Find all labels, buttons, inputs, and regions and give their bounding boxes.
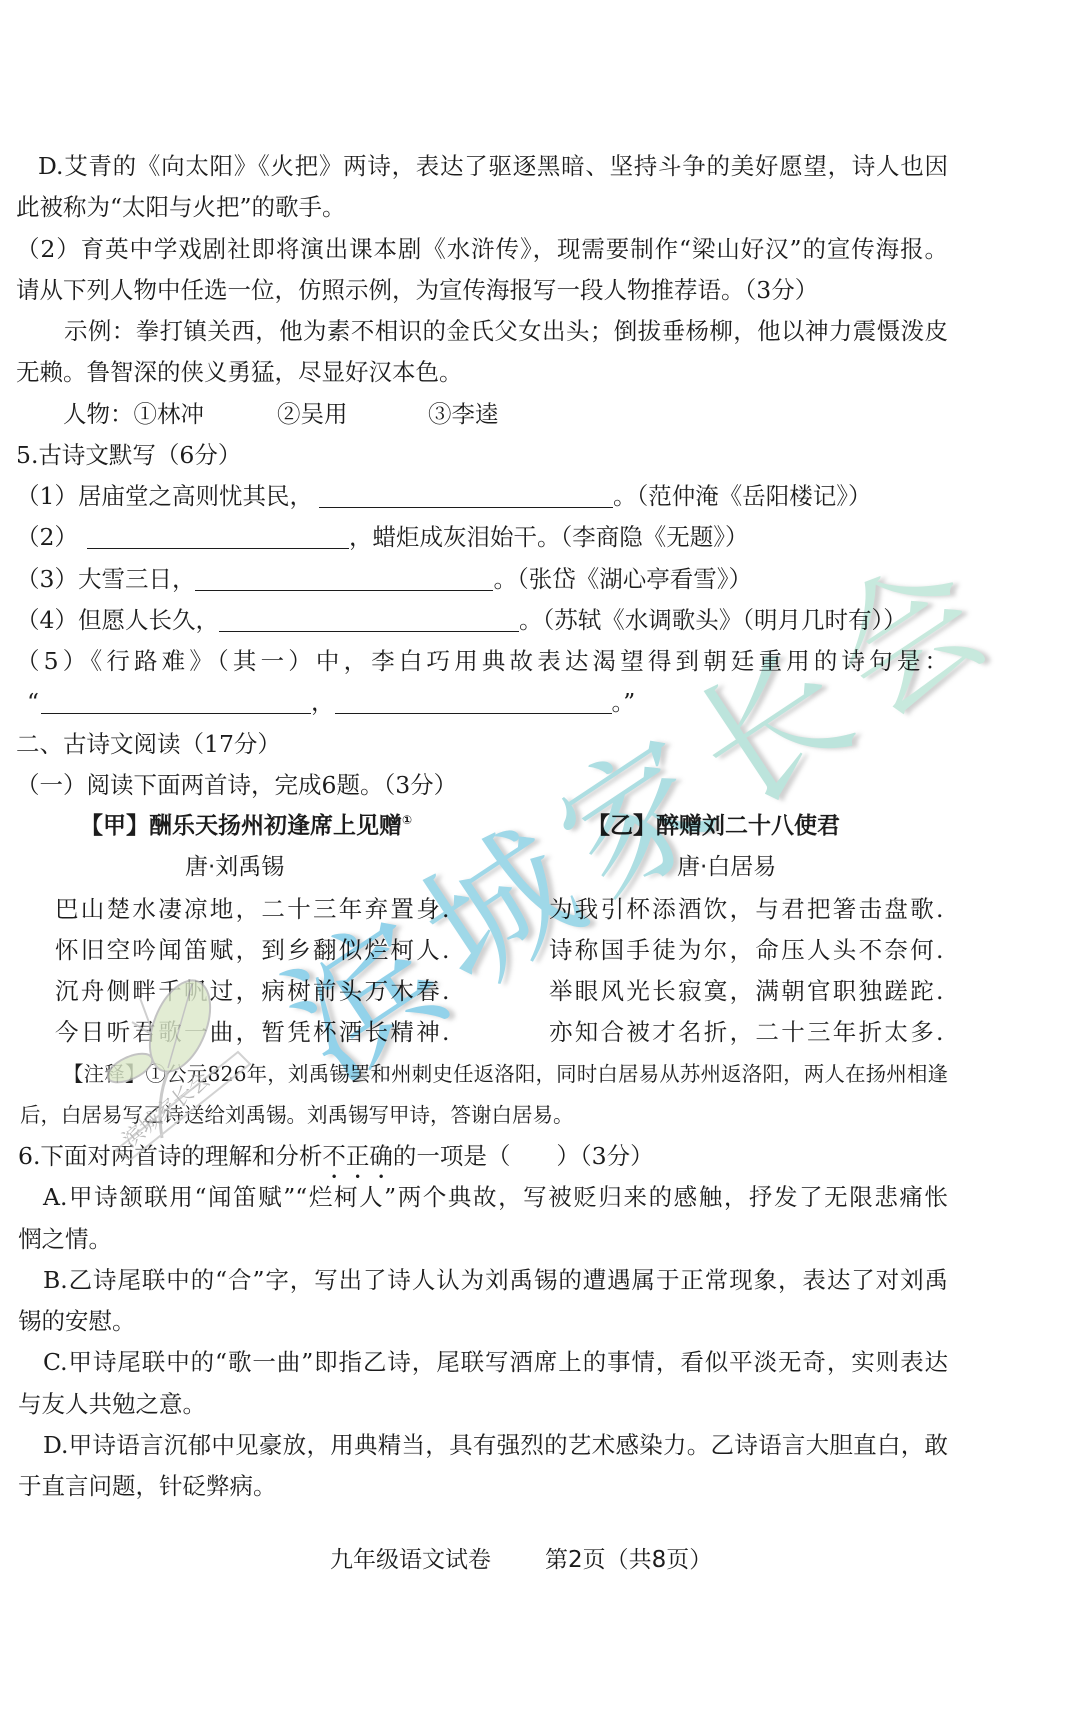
answer-blank	[195, 589, 493, 591]
q6-stem-after: 的一项是	[393, 1142, 487, 1170]
close-quote: ”	[623, 688, 635, 716]
q6-points: （3分）	[580, 1142, 654, 1170]
section2-title: 二、古诗文阅读（17分）	[0, 724, 1080, 765]
q4-characters-row: 人物：①林冲 ②吴用 ③李逵	[0, 394, 1080, 435]
poem-row: 怀旧空吟闻笛赋，到乡翻似烂柯人. 诗称国手徒为尔，命压人头不奈何.	[0, 930, 1080, 971]
answer-blank	[219, 630, 519, 632]
open-quote: “	[27, 688, 39, 716]
q6-option-c-line2: 与友人共勉之意。	[0, 1384, 1080, 1425]
q6-option-b-line2: 锡的安慰。	[0, 1301, 1080, 1342]
q5-item-1-suffix: 。（范仲淹《岳阳楼记》）	[613, 482, 872, 510]
q5-item-5-answer-line: “，。”	[0, 682, 1080, 723]
poem-row: 沉舟侧畔千帆过，病树前头万木春. 举眼风光长寂寞，满朝官职独蹉跎.	[0, 971, 1080, 1012]
poem-jia-line: 沉舟侧畔千帆过，病树前头万木春.	[55, 971, 452, 1012]
poem-jia-author: 唐·刘禹锡	[185, 847, 284, 888]
character-option-2: ②吴用	[277, 394, 348, 435]
poem-jia-title-text: 【甲】酬乐天扬州初逢席上见赠	[80, 813, 402, 839]
q4-part2-line2: 请从下列人物中任选一位，仿照示例，为宣传海报写一段人物推荐语。（3分）	[0, 270, 1080, 311]
q6-option-d-line2: 于直言问题，针砭弊病。	[0, 1466, 1080, 1507]
q4-part2-line1: （2）育英中学戏剧社即将演出课本剧《水浒传》，现需要制作“梁山好汉”的宣传海报。	[0, 229, 1080, 270]
answer-blank	[335, 712, 612, 714]
poem-titles-row: 【甲】酬乐天扬州初逢席上见赠① 【乙】醉赠刘二十八使君	[0, 806, 1080, 847]
q6-stem: 6.下面对两首诗的理解和分析不正确的一项是（）（3分）	[0, 1136, 1080, 1177]
poem-row: 今日听君歌一曲，暂凭杯酒长精神. 亦知合被才名折，二十三年折太多.	[0, 1012, 1080, 1053]
q5-item-1: （1）居庙堂之高则忧其民，。（范仲淹《岳阳楼记》）	[0, 476, 1080, 517]
poem-yi-author: 唐·白居易	[677, 847, 776, 888]
section2-part1-intro: （一）阅读下面两首诗，完成6题。（3分）	[0, 765, 1080, 806]
q6-option-d-line1: D.甲诗语言沉郁中见豪放，用典精当，具有强烈的艺术感染力。乙诗语言大胆直白，敢	[0, 1425, 1080, 1466]
character-option-1: ①林冲	[134, 400, 205, 428]
q5-item-4-suffix: 。（苏轼《水调歌头》（明月几时有））	[519, 606, 907, 634]
q5-item-3: （3）大雪三日，。（张岱《湖心亭看雪》）	[0, 559, 1080, 600]
end-mark: 。	[612, 688, 624, 716]
q4-example-line1: 示例：拳打镇关西，他为素不相识的金氏父女出头；倒拔垂杨柳，他以神力震慑泼皮	[0, 311, 1080, 352]
q4-option-d-line1: D.艾青的《向太阳》《火把》两诗，表达了驱逐黑暗、坚持斗争的美好愿望，诗人也因	[0, 146, 1080, 187]
q5-item-4-prefix: （4）但愿人长久，	[16, 606, 219, 634]
annotation-line1: 【注释】①公元826年，刘禹锡罢和州刺史任返洛阳，同时白居易从苏州返洛阳，两人在…	[0, 1054, 1080, 1095]
q5-item-2-suffix: ，蜡炬成灰泪始干。（李商隐《无题》）	[349, 523, 749, 551]
answer-blank	[41, 712, 311, 714]
poem-yi-line: 亦知合被才名折，二十三年折太多.	[549, 1012, 946, 1053]
q5-item-3-suffix: 。（张岱《湖心亭看雪》）	[493, 565, 752, 593]
footer-page-number: 第2页（共8页）	[545, 1540, 712, 1580]
q6-stem-emphasis: 不正确	[322, 1142, 393, 1170]
character-option-3: ③李逵	[428, 394, 499, 435]
answer-blank	[319, 506, 613, 508]
poem-yi-line: 举眼风光长寂寞，满朝官职独蹉跎.	[549, 971, 946, 1012]
answer-blank	[87, 547, 349, 549]
q4-option-d-line2: 此被称为“太阳与火把”的歌手。	[0, 187, 1080, 228]
annotation-line2: 后，白居易写乙诗送给刘禹锡。刘禹锡写甲诗，答谢白居易。	[0, 1095, 1080, 1136]
footer-exam-name: 九年级语文试卷	[330, 1540, 491, 1580]
q6-option-a-line2: 惘之情。	[0, 1219, 1080, 1260]
q5-title: 5.古诗文默写（6分）	[0, 435, 1080, 476]
poem-jia-line: 巴山楚水凄凉地，二十三年弃置身.	[55, 889, 452, 930]
poem-yi-title: 【乙】醉赠刘二十八使君	[587, 806, 840, 847]
footnote-mark: ①	[402, 813, 412, 827]
poem-yi-line: 诗称国手徒为尔，命压人头不奈何.	[549, 930, 946, 971]
characters-label: 人物：	[63, 400, 134, 428]
q5-item-2: （2），蜡炬成灰泪始干。（李商隐《无题》）	[0, 517, 1080, 558]
poem-authors-row: 唐·刘禹锡 唐·白居易	[0, 847, 1080, 888]
poem-row: 巴山楚水凄凉地，二十三年弃置身. 为我引杯添酒饮，与君把箸击盘歌.	[0, 889, 1080, 930]
exam-page-content: D.艾青的《向太阳》《火把》两诗，表达了驱逐黑暗、坚持斗争的美好愿望，诗人也因 …	[0, 146, 1080, 1507]
separator: ，	[311, 688, 335, 716]
poem-jia-line: 怀旧空吟闻笛赋，到乡翻似烂柯人.	[55, 930, 452, 971]
q5-item-3-prefix: （3）大雪三日，	[16, 565, 195, 593]
q5-item-5-line1: （5）《行路难》（其一）中，李白巧用典故表达渴望得到朝廷重用的诗句是：	[0, 641, 1080, 682]
q5-item-1-prefix: （1）居庙堂之高则忧其民，	[16, 482, 313, 510]
q6-option-c-line1: C.甲诗尾联中的“歌一曲”即指乙诗，尾联写酒席上的事情，看似平淡无奇，实则表达	[0, 1342, 1080, 1383]
poem-yi-line: 为我引杯添酒饮，与君把箸击盘歌.	[549, 889, 946, 930]
poem-jia-title: 【甲】酬乐天扬州初逢席上见赠①	[80, 806, 412, 847]
poem-jia-line: 今日听君歌一曲，暂凭杯酒长精神.	[55, 1012, 452, 1053]
q6-stem-before: 6.下面对两首诗的理解和分析	[18, 1142, 322, 1170]
q6-option-a-line1: A.甲诗颔联用“闻笛赋”“烂柯人”两个典故，写被贬归来的感触，抒发了无限悲痛怅	[0, 1177, 1080, 1218]
q5-item-2-prefix: （2）	[16, 523, 78, 551]
q4-example-line2: 无赖。鲁智深的侠义勇猛，尽显好汉本色。	[0, 352, 1080, 393]
answer-paren-open: （	[487, 1142, 511, 1170]
q6-option-b-line1: B.乙诗尾联中的“合”字，写出了诗人认为刘禹锡的遭遇属于正常现象，表达了对刘禹	[0, 1260, 1080, 1301]
answer-paren-close: ）	[556, 1142, 580, 1170]
q5-item-4: （4）但愿人长久，。（苏轼《水调歌头》（明月几时有））	[0, 600, 1080, 641]
